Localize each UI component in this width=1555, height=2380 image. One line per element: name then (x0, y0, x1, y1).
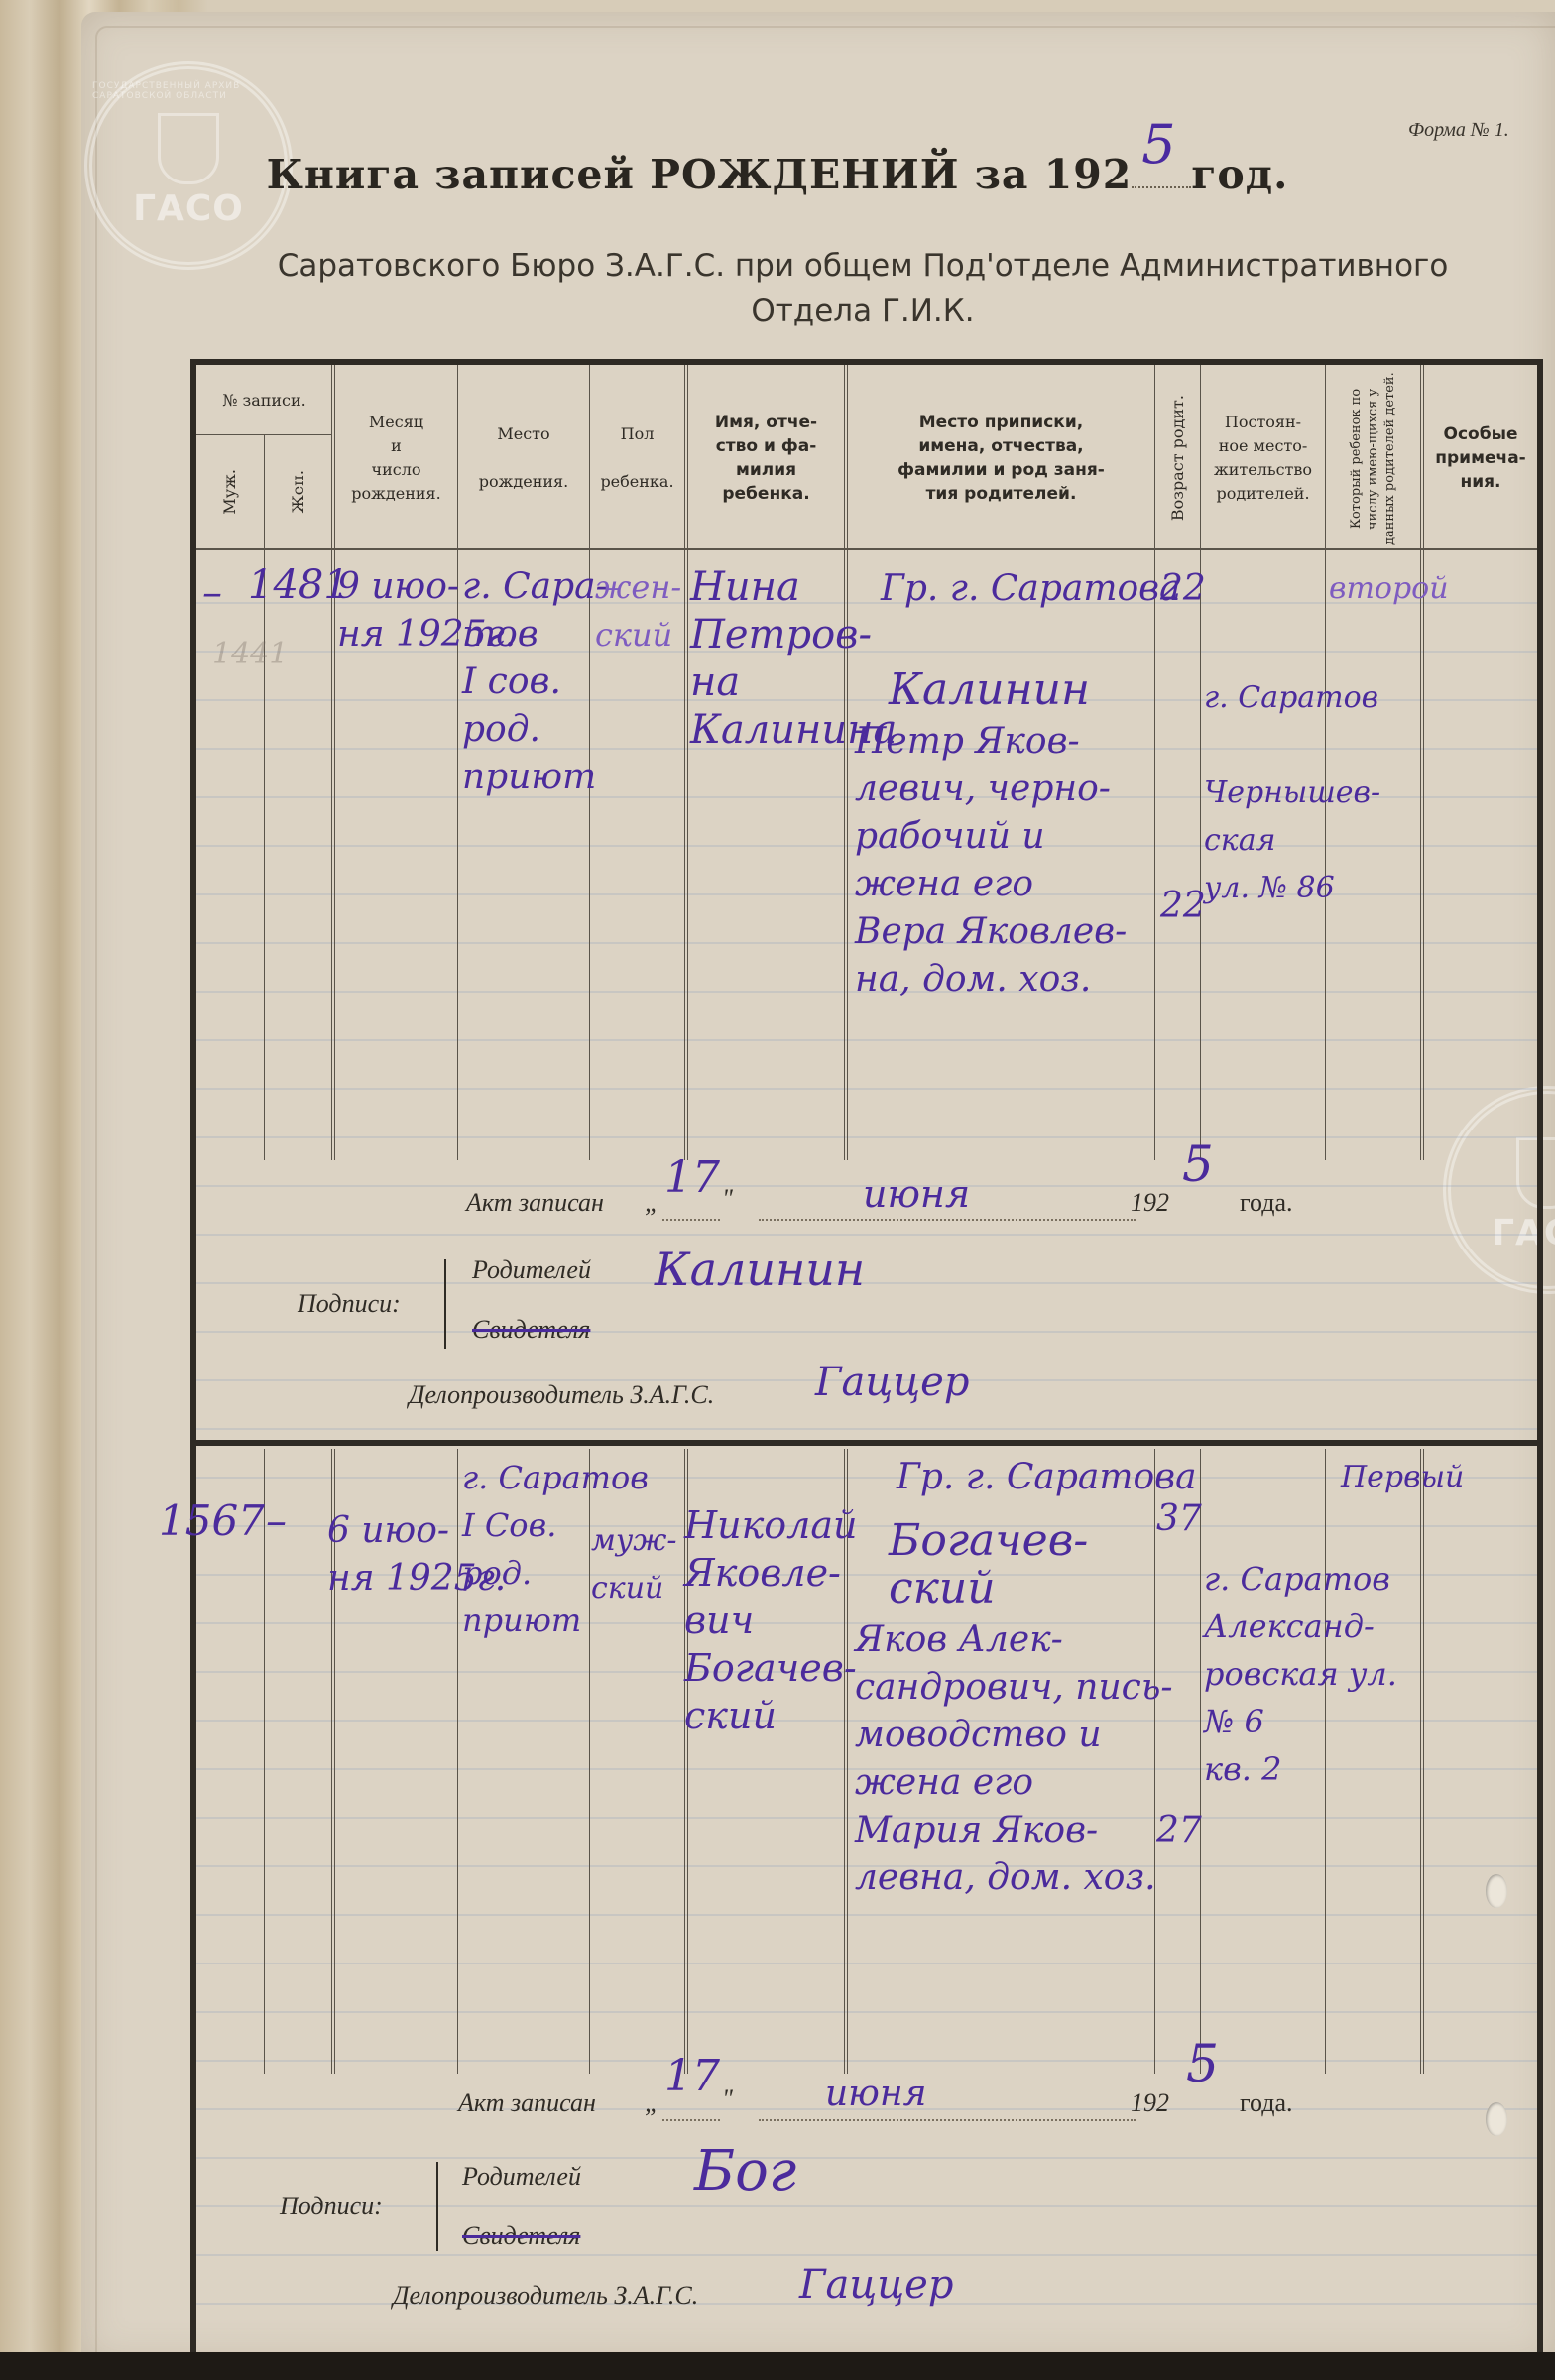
entry-male-no: – (202, 569, 222, 617)
entry-female-no: 1481 (248, 561, 349, 609)
subtitle-line-2: Отдела Г.И.К. (188, 289, 1537, 334)
entry-parents-details: Яков Алек- сандрович, пись- моводство и … (855, 1616, 1173, 1902)
entry-residence: г. Саратов Александ- ровская ул. № 6 кв.… (1204, 1555, 1397, 1793)
act-year-suffix: года. (1240, 2088, 1293, 2118)
subtitle: Саратовского Бюро З.А.Г.С. при общем Под… (188, 243, 1537, 334)
entry-parents-origin: Гр. г. Саратова (881, 565, 1181, 613)
year-blank: 5 (1132, 157, 1191, 188)
act-year-prefix: 192 (1131, 2088, 1169, 2118)
entry-father-surname: Богачев- ский (889, 1517, 1088, 1612)
act-day: 17 (664, 2053, 720, 2100)
header-bottom-rule (196, 548, 1537, 550)
act-recorded-label: Акт записан (466, 1188, 604, 1218)
pencil-note: 1441 (212, 631, 288, 678)
entry-child-name: Николай Яковле- вич Богачев- ский (684, 1501, 858, 1739)
witness-sig-label: Свидетеля (462, 2221, 580, 2251)
witness-sig-label: Свидетеля (472, 1315, 590, 1345)
clerk-signature: Гаццер (815, 1359, 969, 1406)
title-prefix: Книга записей РОЖДЕНИЙ за 192 (267, 151, 1133, 198)
act-day: 17 (664, 1154, 720, 1202)
entry-which-child: Первый (1341, 1454, 1464, 1501)
signatures-label: Подписи: (280, 2192, 383, 2221)
entry-residence: г. Саратов Чернышев- ская ул. № 86 (1204, 674, 1380, 912)
entry-birth-place: г. Сара- тов I сов. род. приют (462, 563, 608, 801)
header-birth-place: Место рождения. (458, 369, 589, 547)
parents-sig-label: Родителей (472, 1255, 591, 1285)
entry-female-no: – (266, 1497, 287, 1545)
entry-male-no: 1567 (159, 1497, 265, 1545)
quote-open: „ (645, 2088, 658, 2118)
header-parents: Место приписки, имена, отчества, фамилии… (848, 369, 1154, 547)
entry-sex: муж- ский (591, 1517, 677, 1612)
parents-signature: Калинин (655, 1246, 865, 1293)
quote-open: „ (645, 1188, 658, 1218)
header-child-name: Имя, отче- ство и фа- милия ребенка. (688, 369, 844, 547)
day-blank (662, 1218, 720, 1221)
entry-which-child: второй (1329, 565, 1449, 613)
month-blank (759, 1218, 1136, 1221)
form-number: Форма № 1. (1408, 119, 1509, 142)
book-edge-shadow (0, 2352, 1555, 2380)
header-parents-age: Возраст родит. (1155, 369, 1200, 547)
act-year-handwritten: 5 (1182, 1140, 1214, 1188)
punch-hole (1486, 1874, 1507, 1908)
header-which-child: Который ребенок по числу имею-щихся у да… (1326, 369, 1420, 547)
title-suffix: год. (1191, 151, 1288, 198)
header-male: Муж. (196, 436, 264, 547)
header-female: Жен. (265, 436, 331, 547)
act-month: июня (825, 2071, 926, 2118)
entry-father-age: 22 (1160, 565, 1206, 613)
entry-mother-age: 27 (1156, 1807, 1202, 1854)
quote-close: " (722, 2084, 733, 2114)
header-residence: Постоян- ное место- жительство родителей… (1201, 369, 1325, 547)
entry-parents-details: Петр Яков- левич, черно- рабочий и жена … (855, 718, 1127, 1004)
header-notes: Особые примеча- ния. (1424, 369, 1537, 547)
signature-brace (436, 2162, 438, 2251)
scanned-register-page: ГОСУДАРСТВЕННЫЙ АРХИВ САРАТОВСКОЙ ОБЛАСТ… (0, 0, 1555, 2380)
act-year-handwritten: 5 (1186, 2041, 1219, 2088)
punch-hole (1486, 2102, 1507, 2136)
act-recorded-label: Акт записан (458, 2088, 596, 2118)
header-sex: Пол ребенка. (590, 369, 684, 547)
entry-parents-origin: Гр. г. Саратова (897, 1454, 1197, 1501)
parents-sig-label: Родителей (462, 2162, 581, 2192)
act-year-prefix: 192 (1131, 1188, 1169, 1218)
clerk-label: Делопроизводитель З.А.Г.С. (409, 1380, 714, 1410)
signatures-label: Подписи: (298, 1289, 401, 1319)
watermark-ring-text: ГОСУДАРСТВЕННЫЙ АРХИВ САРАТОВСКОЙ ОБЛАСТ… (92, 81, 285, 101)
subtitle-line-1: Саратовского Бюро З.А.Г.С. при общем Под… (188, 243, 1537, 289)
act-year-suffix: года. (1240, 1188, 1293, 1218)
entry-mother-age: 22 (1160, 883, 1206, 930)
clerk-signature: Гаццер (799, 2261, 953, 2309)
act-month: июня (863, 1170, 970, 1218)
entry-father-age: 37 (1156, 1495, 1202, 1543)
header-month-date: Месяц и число рождения. (335, 369, 457, 547)
clerk-label: Делопроизводитель З.А.Г.С. (393, 2281, 698, 2311)
entry-sex: жен- ский (595, 563, 681, 658)
parents-signature: Бог (694, 2148, 796, 2196)
day-blank (662, 2118, 720, 2121)
header-no-zapisi: № записи. (196, 369, 332, 432)
page-title: Книга записей РОЖДЕНИЙ за 1925год. (0, 151, 1555, 198)
entry-divider (196, 1440, 1537, 1446)
signature-brace (444, 1259, 446, 1349)
entry-father-surname: Калинин (889, 666, 1090, 714)
year-handwritten: 5 (1141, 113, 1176, 176)
quote-close: " (722, 1184, 733, 1214)
month-blank (759, 2118, 1136, 2121)
col-divider (1420, 1449, 1424, 2074)
